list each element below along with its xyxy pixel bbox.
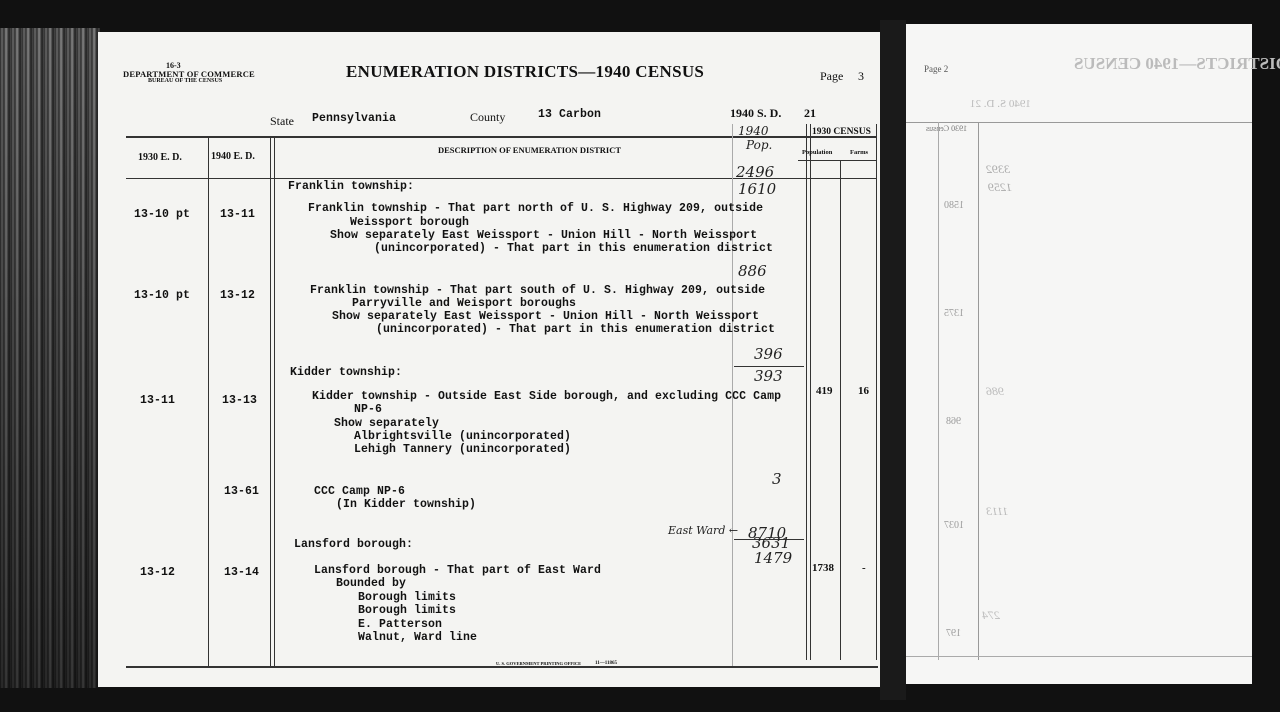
pop-1940-value: 393 (754, 367, 783, 385)
sd-value: 21 (804, 106, 816, 121)
facing-value: 1375 (944, 308, 964, 319)
sd-label: 1940 S. D. (730, 106, 781, 121)
pop-1940-value: 3 (772, 470, 782, 488)
facing-page: ENUMERATION DISTRICTS—1940 CENSUS Page 2… (906, 24, 1252, 684)
facing-census-header: 1930 Census (926, 124, 967, 133)
state-value: Pennsylvania (312, 112, 396, 125)
col-header-1930-census: 1930 CENSUS (812, 127, 871, 137)
population-1930-cell: 1738 (812, 562, 834, 574)
facing-col-divider (938, 122, 939, 660)
description-line: Lehigh Tannery (unincorporated) (354, 443, 571, 456)
ed-1930-cell: 13-10 pt (134, 208, 190, 221)
facing-handwritten: 986 (986, 384, 1004, 399)
description-line: Borough limits (358, 604, 456, 617)
facing-value: 968 (946, 416, 961, 427)
pop-1940-value: 1610 (738, 180, 776, 198)
facing-value: 1037 (944, 520, 964, 531)
pop-1940-value: 1479 (754, 549, 792, 567)
population-1930-cell: 419 (816, 385, 833, 397)
col-divider (806, 124, 811, 660)
description-line: Show separately East Weissport - Union H… (332, 310, 759, 323)
county-value: 13 Carbon (538, 108, 601, 121)
description-line: Show separately (334, 417, 439, 430)
pop-1940-total: 396 (754, 345, 783, 363)
facing-handwritten: 274 (982, 608, 1000, 623)
description-line: (In Kidder township) (336, 498, 476, 511)
farms-1930-cell: 16 (858, 385, 869, 397)
mirrored-title: ENUMERATION DISTRICTS—1940 CENSUS (1074, 54, 1280, 74)
description-line: Lansford borough - That part of East War… (314, 564, 601, 577)
facing-handwritten: 1113 (986, 504, 1008, 519)
description-line: Bounded by (336, 577, 406, 590)
section-heading: Franklin township: (288, 180, 414, 193)
description-line: Show separately East Weissport - Union H… (330, 229, 757, 242)
description-line: Weissport borough (350, 216, 469, 229)
facing-col-divider (978, 122, 979, 660)
description-line: Kidder township - Outside East Side boro… (312, 390, 781, 403)
description-line: Albrightsville (unincorporated) (354, 430, 571, 443)
ed-1930-cell: 13-10 pt (134, 289, 190, 302)
col-header-description: DESCRIPTION OF ENUMERATION DISTRICT (438, 145, 621, 155)
table-bottom-rule (126, 666, 878, 668)
edge-shadow (0, 28, 100, 688)
col-header-1940-pop-year: 1940 (738, 124, 769, 138)
facing-value: 1580 (944, 200, 964, 211)
page-label: Page (820, 69, 843, 84)
ed-1930-cell: 13-11 (140, 394, 175, 407)
ed-1940-cell: 13-11 (220, 208, 255, 221)
col-header-1940-pop: Pop. (746, 138, 772, 152)
description-line: NP-6 (354, 403, 382, 416)
ed-1940-cell: 13-12 (220, 289, 255, 302)
description-line: Franklin township - That part north of U… (308, 202, 763, 215)
ed-1940-cell: 13-61 (224, 485, 259, 498)
book-gutter (880, 20, 906, 700)
col-divider (840, 160, 841, 660)
census-page: 16-3 DEPARTMENT OF COMMERCE BUREAU OF TH… (98, 32, 880, 687)
printer-imprint: U. S. GOVERNMENT PRINTING OFFICE (496, 661, 581, 666)
county-label: County (470, 110, 505, 125)
col-header-farms: Farms (850, 149, 868, 156)
col-divider (876, 124, 877, 660)
description-line: (unincorporated) - That part in this enu… (374, 242, 773, 255)
facing-rule (906, 122, 1252, 123)
description-line: E. Patterson (358, 618, 442, 631)
page-title: ENUMERATION DISTRICTS—1940 CENSUS (346, 62, 704, 82)
facing-sd: 1940 S. D. 21 (970, 98, 1031, 110)
handwritten-annotation: East Ward ← (668, 524, 738, 537)
section-heading: Lansford borough: (294, 538, 413, 551)
bureau-label: BUREAU OF THE CENSUS (148, 78, 222, 84)
page-number: 3 (858, 69, 864, 84)
pop-underline (734, 178, 804, 179)
ed-1940-cell: 13-13 (222, 394, 257, 407)
description-line: (unincorporated) - That part in this enu… (376, 323, 775, 336)
facing-handwritten: 3392 (986, 162, 1010, 177)
description-line: CCC Camp NP-6 (314, 485, 405, 498)
form-code: 11—11865 (595, 661, 617, 666)
facing-rule (906, 656, 1252, 657)
ed-1940-cell: 13-14 (224, 566, 259, 579)
description-line: Walnut, Ward line (358, 631, 477, 644)
col-header-1940-ed: 1940 E. D. (211, 151, 255, 162)
farms-1930-cell: - (862, 562, 866, 574)
col-divider (270, 136, 275, 666)
facing-page-label: Page 2 (924, 64, 948, 74)
pop-1940-value: 886 (738, 262, 767, 280)
description-line: Parryville and Weisport boroughs (352, 297, 576, 310)
col-header-population: Population (802, 149, 832, 156)
section-heading: Kidder township: (290, 366, 402, 379)
col-divider (208, 136, 209, 666)
facing-handwritten: 1259 (988, 180, 1012, 195)
col-header-1930-ed: 1930 E. D. (138, 152, 182, 163)
description-line: Franklin township - That part south of U… (310, 284, 765, 297)
ed-1930-cell: 13-12 (140, 566, 175, 579)
state-label: State (270, 114, 294, 129)
description-line: Borough limits (358, 591, 456, 604)
facing-value: 197 (946, 628, 961, 639)
